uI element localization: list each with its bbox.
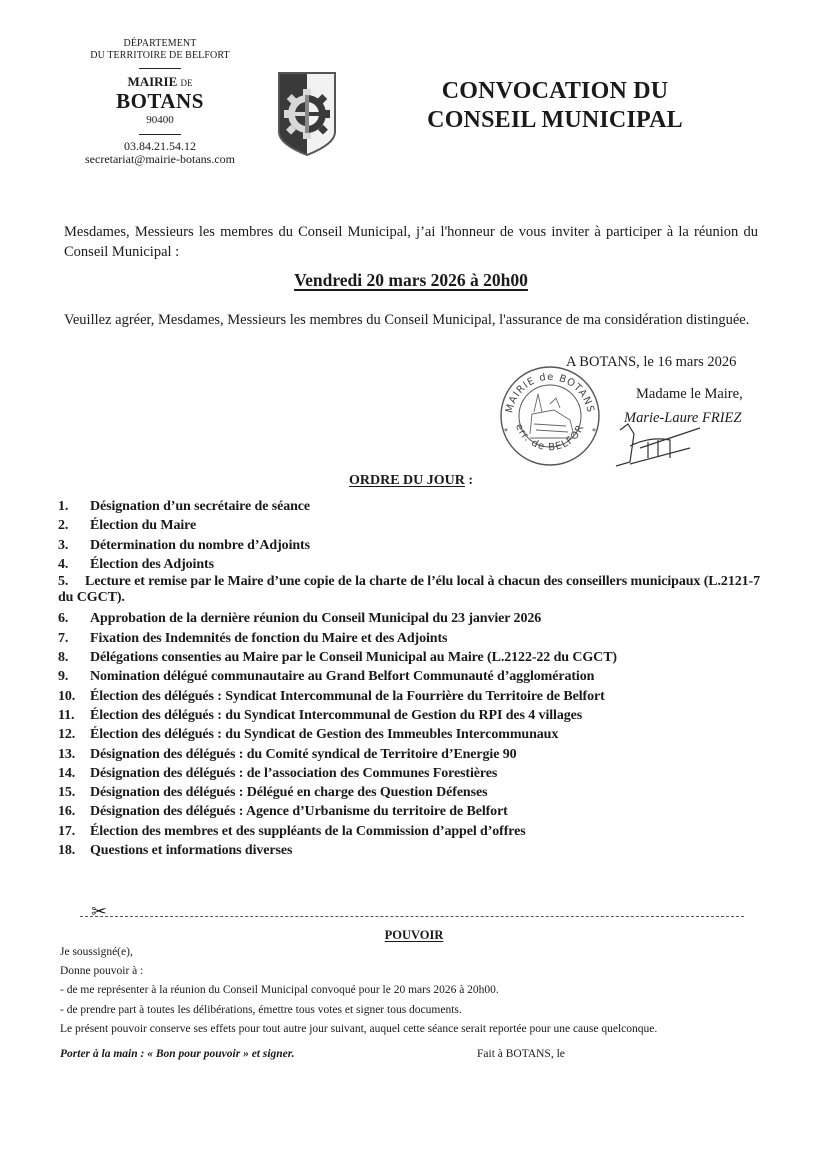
agenda-item-text: Lecture et remise par le Maire d’une cop… bbox=[58, 574, 760, 605]
agenda-list: 1.Désignation d’un secrétaire de séance2… bbox=[58, 497, 760, 860]
scissors-icon: ✂ bbox=[91, 902, 107, 922]
agenda-item-number: 14. bbox=[58, 764, 90, 783]
proxy-line-represent: - de me représenter à la réunion du Cons… bbox=[60, 984, 499, 996]
agenda-item-text: Désignation des délégués : Délégué en ch… bbox=[90, 783, 487, 802]
agenda-item-number: 3. bbox=[58, 536, 90, 555]
agenda-item-number: 16. bbox=[58, 802, 90, 821]
meeting-date: Vendredi 20 mars 2026 à 20h00 bbox=[64, 270, 758, 291]
proxy-line-undersigned: Je soussigné(e), bbox=[60, 946, 133, 958]
proxy-instruction: Porter à la main : « Bon pour pouvoir » … bbox=[60, 1048, 295, 1060]
mairie-letterhead: DÉPARTEMENT DU TERRITOIRE DE BELFORT MAI… bbox=[60, 38, 260, 167]
mairie-word: MAIRIE bbox=[127, 74, 177, 89]
agenda-item: 7.Fixation des Indemnités de fonction du… bbox=[58, 629, 760, 648]
mairie-label: MAIRIE DE bbox=[60, 75, 260, 90]
agenda-item-number: 15. bbox=[58, 783, 90, 802]
official-stamp-icon: MAIRIE de BOTANS Terr. de BELFORT * * bbox=[494, 364, 606, 468]
title-line-2: CONSEIL MUNICIPAL bbox=[380, 106, 730, 135]
meeting-date-text: Vendredi 20 mars 2026 à 20h00 bbox=[294, 270, 528, 290]
agenda-item-text: Élection des délégués : du Syndicat Inte… bbox=[90, 706, 582, 725]
agenda-item-text: Élection des délégués : du Syndicat de G… bbox=[90, 725, 558, 744]
divider bbox=[139, 68, 181, 69]
agenda-item-number: 13. bbox=[58, 745, 90, 764]
proxy-done-at: Fait à BOTANS, le bbox=[477, 1048, 565, 1060]
agenda-item: 16.Désignation des délégués : Agence d’U… bbox=[58, 802, 760, 821]
agenda-item-number: 18. bbox=[58, 841, 90, 860]
email-address: secretariat@mairie-botans.com bbox=[60, 153, 260, 167]
svg-text:*: * bbox=[592, 427, 596, 436]
mairie-de: DE bbox=[181, 78, 193, 88]
coat-of-arms-shield-gear-icon bbox=[276, 70, 338, 158]
agenda-item: 8.Délégations consenties au Maire par le… bbox=[58, 648, 760, 667]
proxy-line-grant: Donne pouvoir à : bbox=[60, 965, 143, 977]
cut-dashed-line bbox=[80, 916, 744, 917]
agenda-item-text: Désignation d’un secrétaire de séance bbox=[90, 497, 310, 516]
agenda-title-text: ORDRE DU JOUR bbox=[349, 473, 465, 488]
agenda-item: 11.Élection des délégués : du Syndicat I… bbox=[58, 706, 760, 725]
agenda-item-number: 9. bbox=[58, 667, 90, 686]
agenda-item: 2.Élection du Maire bbox=[58, 516, 760, 535]
postcode: 90400 bbox=[60, 114, 260, 127]
agenda-item: 1.Désignation d’un secrétaire de séance bbox=[58, 497, 760, 516]
agenda-item-text: Délégations consenties au Maire par le C… bbox=[90, 648, 617, 667]
agenda-item-text: Élection des membres et des suppléants d… bbox=[90, 822, 526, 841]
department-line-2: DU TERRITOIRE DE BELFORT bbox=[60, 50, 260, 62]
agenda-item: 12.Élection des délégués : du Syndicat d… bbox=[58, 725, 760, 744]
agenda-item: 17.Élection des membres et des suppléant… bbox=[58, 822, 760, 841]
phone-number: 03.84.21.54.12 bbox=[60, 140, 260, 154]
handwritten-signature bbox=[600, 418, 710, 468]
agenda-item-text: Nomination délégué communautaire au Gran… bbox=[90, 667, 594, 686]
agenda-item-text: Désignation des délégués : de l’associat… bbox=[90, 764, 497, 783]
agenda-item-text: Élection des Adjoints bbox=[90, 555, 214, 574]
closing-paragraph: Veuillez agréer, Mesdames, Messieurs les… bbox=[64, 310, 758, 330]
agenda-item-text: Fixation des Indemnités de fonction du M… bbox=[90, 629, 447, 648]
department-line-1: DÉPARTEMENT bbox=[60, 38, 260, 50]
agenda-item-text: Approbation de la dernière réunion du Co… bbox=[90, 609, 541, 628]
title-line-1: CONVOCATION DU bbox=[380, 77, 730, 106]
agenda-item-number: 1. bbox=[58, 497, 90, 516]
town-name: BOTANS bbox=[60, 90, 260, 112]
agenda-item: 9.Nomination délégué communautaire au Gr… bbox=[58, 667, 760, 686]
agenda-item: 10.Élection des délégués : Syndicat Inte… bbox=[58, 687, 760, 706]
agenda-item-number: 2. bbox=[58, 516, 90, 535]
agenda-item: 14.Désignation des délégués : de l’assoc… bbox=[58, 764, 760, 783]
agenda-item-text: Désignation des délégués : Agence d’Urba… bbox=[90, 802, 508, 821]
agenda-item-text: Questions et informations diverses bbox=[90, 841, 292, 860]
agenda-item-number: 11. bbox=[58, 706, 90, 725]
agenda-item: 13.Désignation des délégués : du Comité … bbox=[58, 745, 760, 764]
invitation-paragraph: Mesdames, Messieurs les membres du Conse… bbox=[64, 222, 758, 263]
agenda-item-text: Élection du Maire bbox=[90, 516, 196, 535]
signature-role: Madame le Maire, bbox=[636, 386, 743, 403]
agenda-item-number: 17. bbox=[58, 822, 90, 841]
agenda-item-number: 4. bbox=[58, 555, 90, 574]
agenda-item-text: Désignation des délégués : du Comité syn… bbox=[90, 745, 517, 764]
proxy-title-text: POUVOIR bbox=[385, 928, 444, 942]
svg-text:*: * bbox=[504, 427, 508, 436]
agenda-title-colon: : bbox=[465, 473, 473, 488]
proxy-title: POUVOIR bbox=[64, 928, 764, 943]
agenda-item-number: 5. bbox=[58, 574, 85, 590]
agenda-item: 4.Élection des Adjoints bbox=[58, 555, 760, 574]
agenda-item-number: 6. bbox=[58, 609, 90, 628]
document-title: CONVOCATION DU CONSEIL MUNICIPAL bbox=[380, 77, 730, 135]
agenda-title: ORDRE DU JOUR : bbox=[64, 473, 758, 489]
agenda-item: 15.Désignation des délégués : Délégué en… bbox=[58, 783, 760, 802]
divider bbox=[139, 134, 181, 135]
proxy-line-deliberations: - de prendre part à toutes les délibérat… bbox=[60, 1004, 462, 1016]
agenda-item-number: 10. bbox=[58, 687, 90, 706]
agenda-item: 5.Lecture et remise par le Maire d’une c… bbox=[58, 574, 760, 606]
agenda-item-text: Détermination du nombre d’Adjoints bbox=[90, 536, 310, 555]
agenda-item-number: 7. bbox=[58, 629, 90, 648]
agenda-item: 3.Détermination du nombre d’Adjoints bbox=[58, 536, 760, 555]
agenda-item: 6.Approbation de la dernière réunion du … bbox=[58, 609, 760, 628]
agenda-item-text: Élection des délégués : Syndicat Interco… bbox=[90, 687, 605, 706]
agenda-item: 18.Questions et informations diverses bbox=[58, 841, 760, 860]
agenda-item-number: 12. bbox=[58, 725, 90, 744]
agenda-item-number: 8. bbox=[58, 648, 90, 667]
proxy-line-validity: Le présent pouvoir conserve ses effets p… bbox=[60, 1023, 657, 1035]
